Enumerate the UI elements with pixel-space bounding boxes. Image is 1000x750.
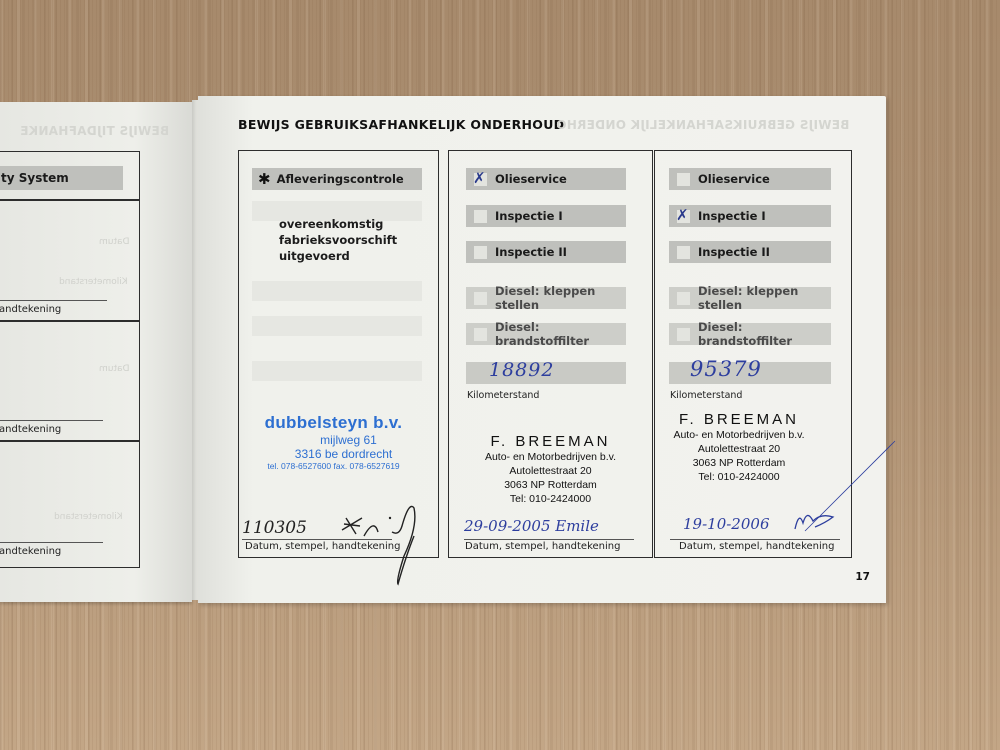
dealer-stamp-dubbelsteyn: dubbelsteyn b.v. mijlweg 61 3316 be dord… [241,413,426,471]
right-ghost-header: BEWIJS GEBRUIKSAFHANKELIJK ONDERHO [556,118,849,132]
column-service-2005: ✗ Olieservice Inspectie I Inspectie II D… [448,150,653,558]
signature-line [0,542,103,543]
signature-label: Datum, stempel, handtekening [679,541,834,552]
ghost-label: Kilometerstand [54,512,123,522]
km-value: 95379 [690,357,762,381]
divider [0,320,139,322]
checkbox-checked[interactable]: ✗ [677,210,690,223]
left-section-title: ty System [0,171,69,185]
checkbox[interactable] [474,210,487,223]
checkbox-checked[interactable]: ✗ [474,173,487,186]
handwritten-check-icon: ✗ [676,206,689,224]
checkbox[interactable] [677,292,690,305]
item-olieservice[interactable]: Olieservice [669,168,831,190]
left-page: BEWIJS TIJDAFHANKE ty System Datum Kilom… [0,102,192,602]
delivery-body-text: overeenkomstig fabrieksvoorschift uitgev… [279,216,397,264]
item-inspectie-2[interactable]: Inspectie II [466,241,626,263]
signature-line [464,539,634,540]
item-diesel-brandstoffilter[interactable]: Diesel: brandstoffilter [466,323,626,345]
handwritten-check-icon: ✗ [473,169,486,187]
left-section-header: ty System [0,166,123,190]
delivery-check-header: ✱ Afleveringscontrole [252,168,422,190]
divider [0,440,139,442]
left-ghost-header: BEWIJS TIJDAFHANKE [20,124,169,138]
item-diesel-kleppen[interactable]: Diesel: kleppen stellen [669,287,831,309]
item-olieservice[interactable]: ✗ Olieservice [466,168,626,190]
checkbox[interactable] [474,246,487,259]
signature-label: Datum, stempel, handtekening [465,541,620,552]
km-value: 18892 [489,359,554,381]
page-number: 17 [855,571,870,583]
signature-scribble [785,451,905,541]
item-inspectie-1[interactable]: ✗ Inspectie I [669,205,831,227]
item-diesel-kleppen[interactable]: Diesel: kleppen stellen [466,287,626,309]
item-inspectie-2[interactable]: Inspectie II [669,241,831,263]
signature-line [0,300,107,301]
handwritten-date: 110305 [242,518,307,538]
column-delivery-check: ✱ Afleveringscontrole overeenkomstig fab… [238,150,439,558]
left-service-box: ty System Datum Kilometerstand andtekeni… [0,151,140,568]
checkbox[interactable] [677,246,690,259]
item-inspectie-1[interactable]: Inspectie I [466,205,626,227]
divider [0,199,139,201]
signature-label: andtekening [0,546,61,557]
checkbox[interactable] [474,292,487,305]
ghost-label: Datum [99,237,129,247]
handwritten-check-icon: ✱ [258,170,271,188]
item-diesel-brandstoffilter[interactable]: Diesel: brandstoffilter [669,323,831,345]
dealer-stamp-breeman: F. BREEMAN Auto- en Motorbedrijven b.v. … [449,433,652,506]
signature-label: Datum, stempel, handtekening [245,541,400,552]
signature-label: andtekening [0,304,61,315]
km-label: Kilometerstand [670,390,742,401]
signature-line [242,539,392,540]
checkbox[interactable] [474,328,487,341]
checkbox[interactable] [677,328,690,341]
delivery-check-label: Afleveringscontrole [277,172,404,186]
signature-label: andtekening [0,424,61,435]
km-label: Kilometerstand [467,390,539,401]
handwritten-date: 19-10-2006 [683,515,769,533]
column-service-2006: Olieservice ✗ Inspectie I Inspectie II D… [654,150,852,558]
handwritten-date: 29-09-2005 Emile [464,517,599,535]
ghost-label: Kilometerstand [59,277,128,287]
page-title: BEWIJS GEBRUIKSAFHANKELIJK ONDERHOUD [238,117,564,132]
signature-line [0,420,103,421]
checkbox[interactable] [677,173,690,186]
right-page: BEWIJS GEBRUIKSAFHANKELIJK ONDERHOUD BEW… [198,96,886,603]
ghost-label: Datum [99,364,129,374]
signature-line [670,539,840,540]
